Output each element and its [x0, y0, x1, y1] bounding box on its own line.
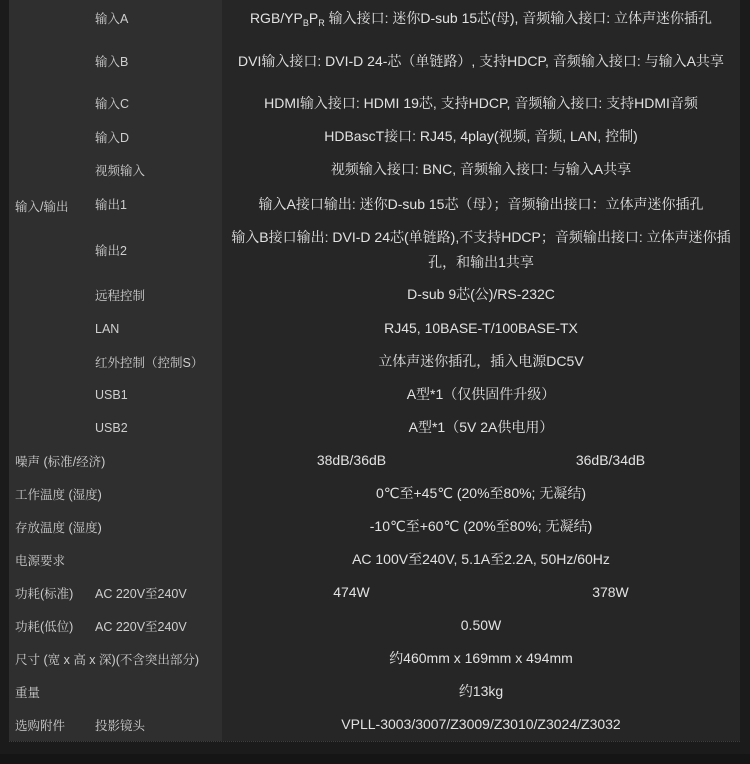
bottom-strip [0, 754, 750, 764]
spec-value: DVI输入接口: DVI-D 24-芯（单链路）, 支持HDCP, 音频输入接口… [222, 36, 740, 86]
row-group-label: 功耗(标准) [9, 584, 95, 602]
spec-row-input-b: 输入B DVI输入接口: DVI-D 24-芯（单链路）, 支持HDCP, 音频… [9, 36, 740, 86]
row-sublabel: AC 220V至240V [95, 617, 222, 635]
row-label: 工作温度 (湿度) [9, 485, 102, 503]
spec-value: 视频输入接口: BNC, 音频输入接口: 与输入A共享 [222, 153, 740, 186]
spec-value: 474W 378W [222, 576, 740, 609]
spec-value: 输入B接口输出: DVI-D 24芯(单链路),不支持HDCP；音频输出接口: … [222, 222, 740, 277]
row-label: USB2 [9, 421, 128, 435]
spec-row-optional-accessory: 选购附件 投影镜头 VPLL-3003/3007/Z3009/Z3010/Z30… [9, 708, 740, 741]
spec-row-power-low: 功耗(低位) AC 220V至240V 0.50W [9, 609, 740, 642]
spec-value: RJ45, 10BASE-T/100BASE-TX [222, 312, 740, 345]
spec-value: 0℃至+45℃ (20%至80%; 无凝结) [222, 477, 740, 510]
spec-value: 约460mm x 169mm x 494mm [222, 642, 740, 675]
spec-row-usb1: USB1 A型*1（仅供固件升级） [9, 378, 740, 411]
spec-value: RGB/YPBPR 输入接口: 迷你D-sub 15芯(母), 音频输入接口: … [222, 0, 740, 36]
spec-value: D-sub 9芯(公)/RS-232C [222, 277, 740, 312]
row-label: 尺寸 (宽 x 高 x 深)(不含突出部分) [9, 650, 199, 668]
page: { "theme": { "page_bg": "#1b1b1b", "labe… [0, 0, 750, 764]
row-label: 输入B [9, 52, 128, 70]
spec-value: 立体声迷你插孔，插入电源DC5V [222, 345, 740, 378]
spec-row-output-1: 输出1 输入A接口输出: 迷你D-sub 15芯（母）；音频输出接口：立体声迷你… [9, 186, 740, 222]
spec-value-right: 36dB/34dB [481, 448, 740, 473]
row-sublabel: 投影镜头 [95, 716, 222, 734]
value-part: 输入接口: 迷你D-sub 15芯(母), 音频输入接口: 立体声迷你插孔 [325, 10, 712, 26]
spec-value: A型*1（仅供固件升级） [222, 378, 740, 411]
spec-value: 约13kg [222, 675, 740, 708]
spec-row-storage-temp: 存放温度 (湿度) -10℃至+60℃ (20%至80%; 无凝结) [9, 510, 740, 543]
spec-row-usb2: USB2 A型*1（5V 2A供电用） [9, 411, 740, 444]
spec-row-power-standard: 功耗(标准) AC 220V至240V 474W 378W [9, 576, 740, 609]
spec-value: A型*1（5V 2A供电用） [222, 411, 740, 444]
row-label: 输出2 [9, 241, 127, 259]
row-sublabel: AC 220V至240V [95, 584, 222, 602]
spec-row-input-a: 输入A RGB/YPBPR 输入接口: 迷你D-sub 15芯(母), 音频输入… [9, 0, 740, 36]
row-label: 红外控制（控制S） [9, 353, 203, 371]
spec-row-weight: 重量 约13kg [9, 675, 740, 708]
spec-value-right: 378W [481, 580, 740, 605]
spec-row-dimensions: 尺寸 (宽 x 高 x 深)(不含突出部分) 约460mm x 169mm x … [9, 642, 740, 675]
spec-row-input-d: 输入D HDBascT接口: RJ45, 4play(视频, 音频, LAN, … [9, 120, 740, 153]
row-label: 电源要求 [9, 551, 65, 569]
row-label: 输入C [9, 94, 129, 112]
spec-value: AC 100V至240V, 5.1A至2.2A, 50Hz/60Hz [222, 543, 740, 576]
spec-row-lan: LAN RJ45, 10BASE-T/100BASE-TX [9, 312, 740, 345]
spec-value: 38dB/36dB 36dB/34dB [222, 444, 740, 477]
row-label: 输入D [9, 128, 129, 146]
row-label: 重量 [9, 683, 40, 701]
row-label: LAN [9, 322, 119, 336]
row-label: 输入A [9, 9, 128, 27]
spec-value: 输入A接口输出: 迷你D-sub 15芯（母）；音频输出接口：立体声迷你插孔 [222, 186, 740, 222]
io-section: 输入/输出 输入A RGB/YPBPR 输入接口: 迷你D-sub 15芯(母)… [9, 0, 740, 444]
spec-row-noise: 噪声 (标准/经济) 38dB/36dB 36dB/34dB [9, 444, 740, 477]
row-label: USB1 [9, 388, 128, 402]
spec-row-output-2: 输出2 输入B接口输出: DVI-D 24芯(单链路),不支持HDCP；音频输出… [9, 222, 740, 277]
row-group-label: 选购附件 [9, 716, 95, 734]
io-group-label: 输入/输出 [15, 197, 68, 215]
spec-value-left: 38dB/36dB [222, 448, 481, 473]
spec-row-operating-temp: 工作温度 (湿度) 0℃至+45℃ (20%至80%; 无凝结) [9, 477, 740, 510]
row-label: 噪声 (标准/经济) [9, 452, 105, 470]
value-part: P [309, 10, 318, 26]
spec-row-remote-control: 远程控制 D-sub 9芯(公)/RS-232C [9, 277, 740, 312]
value-part: RGB/YP [250, 10, 303, 26]
spec-row-ir-control: 红外控制（控制S） 立体声迷你插孔，插入电源DC5V [9, 345, 740, 378]
spec-value-left: 474W [222, 580, 481, 605]
spec-value: VPLL-3003/3007/Z3009/Z3010/Z3024/Z3032 [222, 708, 740, 741]
row-group-label: 功耗(低位) [9, 617, 95, 635]
spec-row-video-input: 视频输入 视频输入接口: BNC, 音频输入接口: 与输入A共享 [9, 153, 740, 186]
spec-value: -10℃至+60℃ (20%至80%; 无凝结) [222, 510, 740, 543]
spec-value: HDBascT接口: RJ45, 4play(视频, 音频, LAN, 控制) [222, 120, 740, 153]
row-label: 存放温度 (湿度) [9, 518, 102, 536]
row-label: 远程控制 [9, 286, 145, 304]
spec-value: HDMI输入接口: HDMI 19芯, 支持HDCP, 音频输入接口: 支持HD… [222, 86, 740, 120]
spec-row-input-c: 输入C HDMI输入接口: HDMI 19芯, 支持HDCP, 音频输入接口: … [9, 86, 740, 120]
spec-row-power-requirement: 电源要求 AC 100V至240V, 5.1A至2.2A, 50Hz/60Hz [9, 543, 740, 576]
row-label: 视频输入 [9, 161, 145, 179]
spec-value: 0.50W [222, 609, 740, 642]
spec-table: 输入/输出 输入A RGB/YPBPR 输入接口: 迷你D-sub 15芯(母)… [9, 0, 740, 742]
